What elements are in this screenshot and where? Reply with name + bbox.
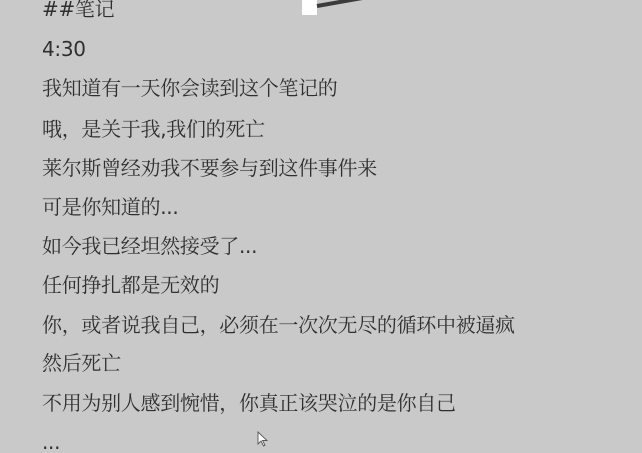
note-line: 你，或者说我自己，必须在一次次无尽的循环中被逼疯 [42, 313, 515, 337]
note-line: 莱尔斯曾经劝我不要参与到这件事件来 [42, 156, 377, 180]
white-overlay-block [302, 0, 317, 15]
note-line: 然后死亡 [42, 351, 121, 375]
note-ellipsis: ... [42, 430, 60, 453]
mouse-pointer-icon [257, 431, 269, 447]
note-line: 不用为别人感到惋惜，你真正该哭泣的是你自己 [42, 391, 456, 415]
note-time: 4:30 [42, 37, 86, 61]
note-line: 任何挣扎都是无效的 [42, 273, 219, 297]
note-title: ##笔记 [42, 0, 114, 21]
note-line: 哦，是关于我,我们的死亡 [42, 117, 265, 141]
note-line: 我知道有一天你会读到这个笔记的 [42, 76, 338, 100]
note-line: 可是你知道的... [42, 195, 178, 219]
dark-stroke-decoration [317, 0, 379, 8]
note-line: 如今我已经坦然接受了... [42, 234, 257, 258]
